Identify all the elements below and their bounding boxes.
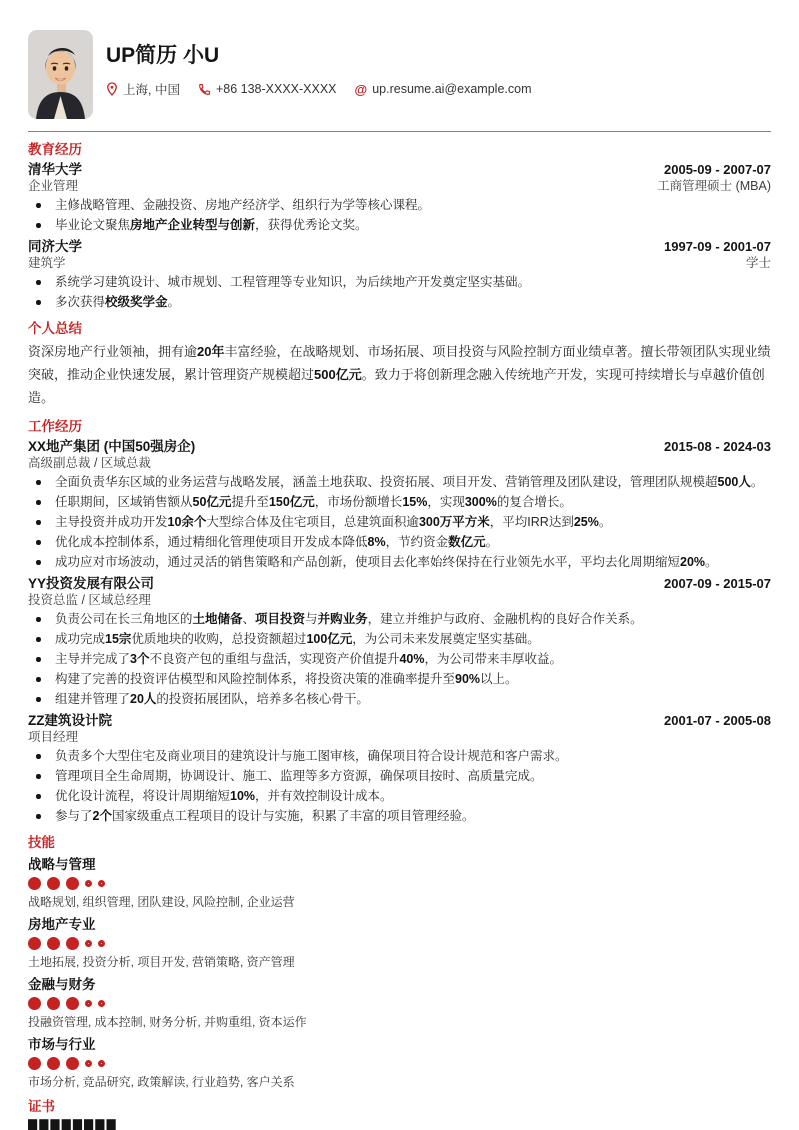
bullet-item: 负责公司在长三角地区的土地储备、项目投资与并购业务，建立并维护与政府、金融机构的…	[28, 611, 771, 628]
entry-subtitle: 项目经理	[28, 729, 78, 745]
level-dot-empty	[98, 880, 105, 887]
skill-name: 战略与管理	[28, 856, 771, 873]
bullet-item: 主导并完成了3个不良资产包的重组与盘活，实现资产价值提升40%，为公司带来丰厚收…	[28, 651, 771, 668]
skill-item: 金融与财务投融资管理, 成本控制, 财务分析, 并购重组, 资本运作	[28, 976, 771, 1029]
certificate-partial-line: ████████	[28, 1118, 771, 1130]
entry-title-row: 清华大学2005-09 - 2007-07	[28, 161, 771, 178]
resume-header: UP简历 小U 上海, 中国+86 138-XXXX-XXXX@up.resum…	[28, 0, 771, 119]
entry-title: YY投资发展有限公司	[28, 575, 154, 592]
entry-subtitle-row: 企业管理工商管理硕士 (MBA)	[28, 178, 771, 194]
bullet-item: 全面负责华东区域的业务运营与战略发展，涵盖土地获取、投资拓展、项目开发、营销管理…	[28, 474, 771, 491]
level-dot-filled	[66, 937, 79, 950]
header-text-block: UP简历 小U 上海, 中国+86 138-XXXX-XXXX@up.resum…	[106, 30, 532, 98]
bullet-item: 成功完成15宗优质地块的收购，总投资额超过100亿元，为公司未来发展奠定坚实基础…	[28, 631, 771, 648]
experience-entry: XX地产集团 (中国50强房企)2015-08 - 2024-03高级副总裁 /…	[28, 438, 771, 571]
level-dot-empty	[85, 1060, 92, 1067]
contact-text: +86 138-XXXX-XXXX	[216, 82, 337, 96]
entry-title: 清华大学	[28, 161, 82, 178]
section-work: 工作经历XX地产集团 (中国50强房企)2015-08 - 2024-03高级副…	[28, 419, 771, 825]
header-divider	[28, 131, 771, 132]
skill-level-dots	[28, 937, 771, 950]
skill-level-dots	[28, 877, 771, 890]
skill-item: 市场与行业市场分析, 竞品研究, 政策解读, 行业趋势, 客户关系	[28, 1036, 771, 1089]
skill-level-dots	[28, 997, 771, 1010]
level-dot-filled	[28, 937, 41, 950]
experience-entry: ZZ建筑设计院2001-07 - 2005-08项目经理负责多个大型住宅及商业项…	[28, 712, 771, 825]
entry-title: XX地产集团 (中国50强房企)	[28, 438, 195, 455]
level-dot-empty	[85, 940, 92, 947]
entry-title-row: YY投资发展有限公司2007-09 - 2015-07	[28, 575, 771, 592]
contact-text: up.resume.ai@example.com	[372, 82, 531, 96]
entry-title: ZZ建筑设计院	[28, 712, 112, 729]
contact-item: 上海, 中国	[106, 80, 180, 98]
entry-title-row: 同济大学1997-09 - 2001-07	[28, 238, 771, 255]
entry-degree: 工商管理硕士 (MBA)	[657, 178, 771, 194]
entry-date: 2007-09 - 2015-07	[664, 575, 771, 592]
level-dot-filled	[47, 937, 60, 950]
bullet-item: 系统学习建筑设计、城市规划、工程管理等专业知识，为后续地产开发奠定坚实基础。	[28, 274, 771, 291]
skill-keywords: 战略规划, 组织管理, 团队建设, 风险控制, 企业运营	[28, 895, 771, 909]
entry-subtitle-row: 投资总监 / 区域总经理	[28, 592, 771, 608]
entry-bullets: 负责多个大型住宅及商业项目的建筑设计与施工图审核，确保项目符合设计规范和客户需求…	[28, 748, 771, 825]
entry-title-row: ZZ建筑设计院2001-07 - 2005-08	[28, 712, 771, 729]
bullet-item: 优化成本控制体系，通过精细化管理使项目开发成本降低8%，节约资金数亿元。	[28, 534, 771, 551]
skill-keywords: 土地拓展, 投资分析, 项目开发, 营销策略, 资产管理	[28, 955, 771, 969]
entry-subtitle: 建筑学	[28, 255, 66, 271]
entry-degree: 学士	[746, 255, 771, 271]
level-dot-filled	[66, 997, 79, 1010]
section-education: 教育经历清华大学2005-09 - 2007-07企业管理工商管理硕士 (MBA…	[28, 142, 771, 311]
skill-name: 金融与财务	[28, 976, 771, 993]
summary-paragraph: 资深房地产行业领袖，拥有逾20年丰富经验，在战略规划、市场拓展、项目投资与风险控…	[28, 340, 771, 409]
section-heading: 教育经历	[28, 142, 771, 157]
contact-item: +86 138-XXXX-XXXX	[198, 82, 337, 96]
person-name: UP简历 小U	[106, 44, 532, 68]
entry-subtitle: 企业管理	[28, 178, 78, 194]
entry-bullets: 主修战略管理、金融投资、房地产经济学、组织行为学等核心课程。毕业论文聚焦房地产企…	[28, 197, 771, 234]
contact-row: 上海, 中国+86 138-XXXX-XXXX@up.resume.ai@exa…	[106, 80, 532, 98]
skill-item: 战略与管理战略规划, 组织管理, 团队建设, 风险控制, 企业运营	[28, 856, 771, 909]
experience-entry: 清华大学2005-09 - 2007-07企业管理工商管理硕士 (MBA)主修战…	[28, 161, 771, 234]
level-dot-empty	[85, 1000, 92, 1007]
bullet-item: 主导投资并成功开发10余个大型综合体及住宅项目，总建筑面积逾300万平方米，平均…	[28, 514, 771, 531]
entry-bullets: 负责公司在长三角地区的土地储备、项目投资与并购业务，建立并维护与政府、金融机构的…	[28, 611, 771, 708]
bullet-item: 多次获得校级奖学金。	[28, 294, 771, 311]
entry-subtitle: 高级副总裁 / 区域总裁	[28, 455, 151, 471]
skill-keywords: 市场分析, 竞品研究, 政策解读, 行业趋势, 客户关系	[28, 1075, 771, 1089]
bullet-item: 管理项目全生命周期，协调设计、施工、监理等多方资源，确保项目按时、高质量完成。	[28, 768, 771, 785]
section-heading: 工作经历	[28, 419, 771, 434]
entry-date: 2005-09 - 2007-07	[664, 161, 771, 178]
entry-subtitle-row: 高级副总裁 / 区域总裁	[28, 455, 771, 471]
bullet-item: 负责多个大型住宅及商业项目的建筑设计与施工图审核，确保项目符合设计规范和客户需求…	[28, 748, 771, 765]
level-dot-filled	[28, 1057, 41, 1070]
section-heading: 个人总结	[28, 321, 771, 336]
level-dot-filled	[47, 1057, 60, 1070]
bullet-item: 成功应对市场波动，通过灵活的销售策略和产品创新，使项目去化率始终保持在行业领先水…	[28, 554, 771, 571]
level-dot-filled	[66, 1057, 79, 1070]
level-dot-filled	[47, 997, 60, 1010]
resume-body: 教育经历清华大学2005-09 - 2007-07企业管理工商管理硕士 (MBA…	[28, 142, 771, 1130]
level-dot-empty	[85, 880, 92, 887]
section-heading: 技能	[28, 835, 771, 850]
entry-date: 2001-07 - 2005-08	[664, 712, 771, 729]
entry-date: 2015-08 - 2024-03	[664, 438, 771, 455]
contact-text: 上海, 中国	[123, 80, 180, 98]
skill-keywords: 投融资管理, 成本控制, 财务分析, 并购重组, 资本运作	[28, 1015, 771, 1029]
level-dot-filled	[66, 877, 79, 890]
entry-subtitle: 投资总监 / 区域总经理	[28, 592, 151, 608]
profile-photo	[28, 30, 93, 119]
location-pin-icon	[106, 82, 118, 96]
level-dot-filled	[47, 877, 60, 890]
level-dot-empty	[98, 1060, 105, 1067]
entry-subtitle-row: 项目经理	[28, 729, 771, 745]
entry-bullets: 系统学习建筑设计、城市规划、工程管理等专业知识，为后续地产开发奠定坚实基础。多次…	[28, 274, 771, 311]
bullet-item: 主修战略管理、金融投资、房地产经济学、组织行为学等核心课程。	[28, 197, 771, 214]
skill-name: 市场与行业	[28, 1036, 771, 1053]
phone-icon	[198, 83, 211, 96]
entry-title: 同济大学	[28, 238, 82, 255]
bullet-item: 任职期间，区域销售额从50亿元提升至150亿元，市场份额增长15%，实现300%…	[28, 494, 771, 511]
skill-item: 房地产专业土地拓展, 投资分析, 项目开发, 营销策略, 资产管理	[28, 916, 771, 969]
level-dot-empty	[98, 940, 105, 947]
bullet-item: 参与了2个国家级重点工程项目的设计与实施，积累了丰富的项目管理经验。	[28, 808, 771, 825]
bullet-item: 优化设计流程，将设计周期缩短10%，并有效控制设计成本。	[28, 788, 771, 805]
level-dot-filled	[28, 997, 41, 1010]
entry-date: 1997-09 - 2001-07	[664, 238, 771, 255]
skill-name: 房地产专业	[28, 916, 771, 933]
entry-title-row: XX地产集团 (中国50强房企)2015-08 - 2024-03	[28, 438, 771, 455]
entry-bullets: 全面负责华东区域的业务运营与战略发展，涵盖土地获取、投资拓展、项目开发、营销管理…	[28, 474, 771, 571]
experience-entry: YY投资发展有限公司2007-09 - 2015-07投资总监 / 区域总经理负…	[28, 575, 771, 708]
bullet-item: 毕业论文聚焦房地产企业转型与创新，获得优秀论文奖。	[28, 217, 771, 234]
section-skills: 技能战略与管理战略规划, 组织管理, 团队建设, 风险控制, 企业运营房地产专业…	[28, 835, 771, 1089]
level-dot-filled	[28, 877, 41, 890]
at-icon: @	[355, 83, 368, 96]
contact-item: @up.resume.ai@example.com	[355, 82, 532, 96]
entry-subtitle-row: 建筑学学士	[28, 255, 771, 271]
profile-photo-illustration	[28, 30, 93, 119]
bullet-item: 组建并管理了20人的投资拓展团队，培养多名核心骨干。	[28, 691, 771, 708]
skill-level-dots	[28, 1057, 771, 1070]
level-dot-empty	[98, 1000, 105, 1007]
section-heading: 证书	[28, 1099, 771, 1114]
section-certificates: 证书████████	[28, 1099, 771, 1130]
resume-page: UP简历 小U 上海, 中国+86 138-XXXX-XXXX@up.resum…	[0, 0, 799, 1130]
section-summary: 个人总结资深房地产行业领袖，拥有逾20年丰富经验，在战略规划、市场拓展、项目投资…	[28, 321, 771, 409]
bullet-item: 构建了完善的投资评估模型和风险控制体系，将投资决策的准确率提升至90%以上。	[28, 671, 771, 688]
experience-entry: 同济大学1997-09 - 2001-07建筑学学士系统学习建筑设计、城市规划、…	[28, 238, 771, 311]
